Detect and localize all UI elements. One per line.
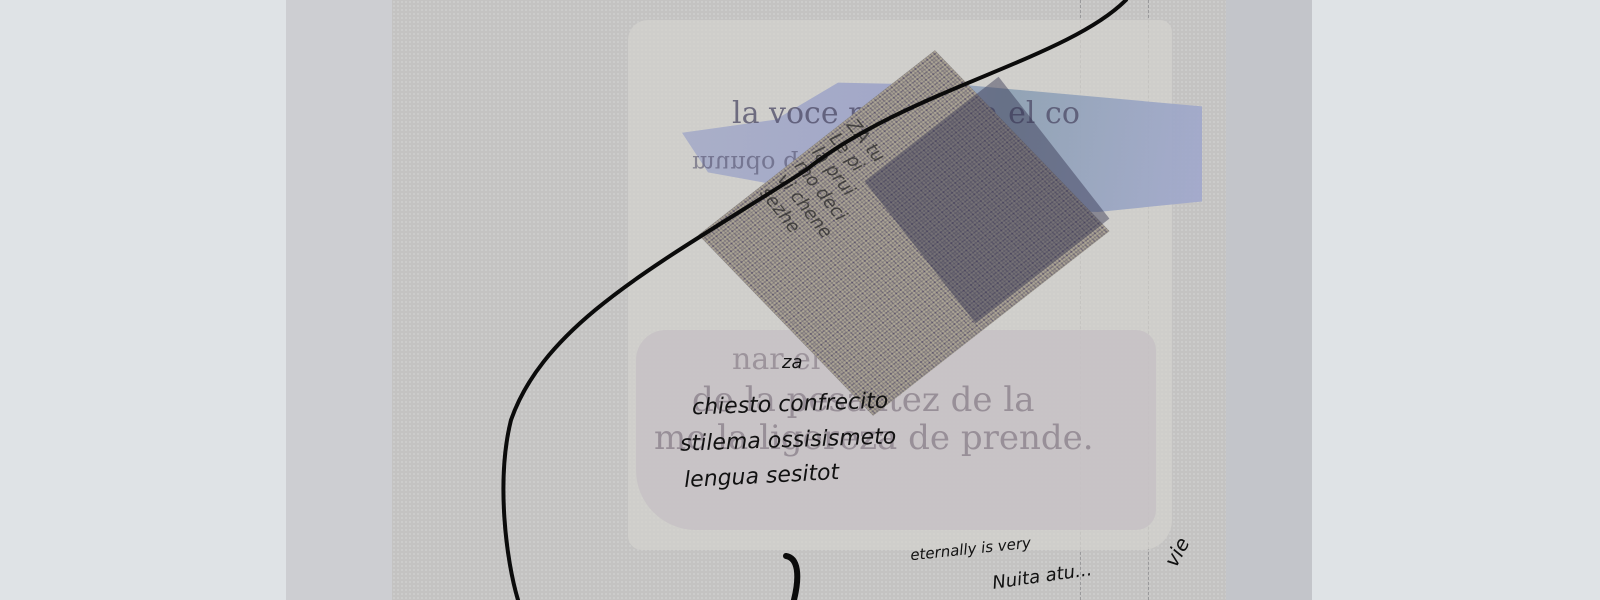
canvas-artwork: la voce maravaba el co mundo que tuvo-co…: [286, 0, 1312, 600]
black-ink-curve: [286, 0, 1312, 600]
